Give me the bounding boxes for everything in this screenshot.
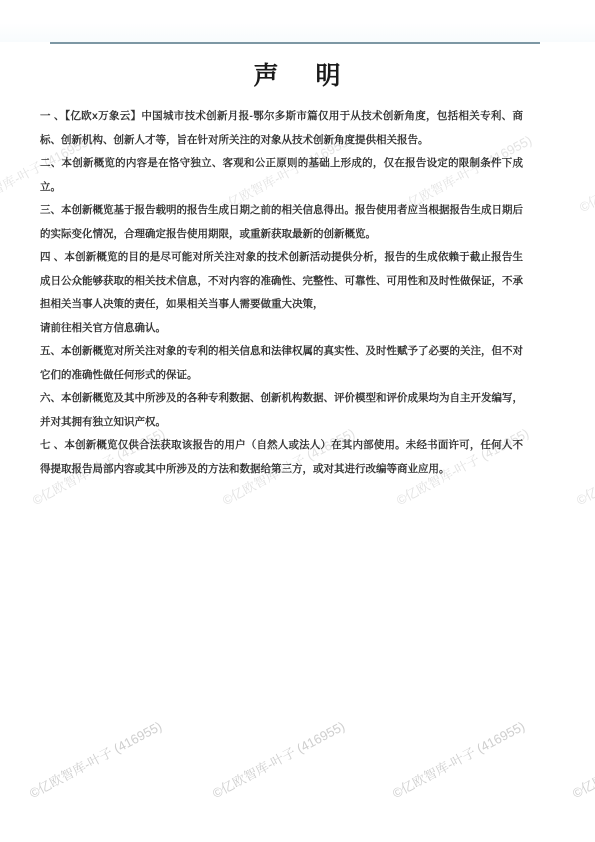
watermark-text: ©亿欧智库-叶子 (416955) bbox=[26, 716, 165, 802]
header-rule bbox=[50, 42, 540, 44]
statement-paragraph-6: 五、本创新概览对所关注对象的专利的相关信息和法律权属的真实性、及时性赋予了必要的… bbox=[40, 340, 523, 387]
statement-body: 一 、【亿欧x万象云】中国城市技术创新月报-鄂尔多斯市篇仅用于从技术创新角度，包… bbox=[40, 105, 523, 481]
statement-paragraph-4: 四 、本创新概览的目的是尽可能对所关注对象的技术创新活动提供分析，报告的生成依赖… bbox=[40, 246, 523, 317]
page-title: 声 明 bbox=[0, 56, 595, 92]
statement-page: ©亿欧智库-叶子 (416955)©亿欧智库-叶子 (416955)©亿欧智库-… bbox=[0, 0, 595, 842]
watermark-text: ©亿欧智库-叶子 (416955) bbox=[209, 716, 348, 802]
header-band bbox=[0, 0, 595, 42]
statement-paragraph-1: 一 、【亿欧x万象云】中国城市技术创新月报-鄂尔多斯市篇仅用于从技术创新角度，包… bbox=[40, 105, 523, 152]
statement-paragraph-3: 三、本创新概览基于报告载明的报告生成日期之前的相关信息得出。报告使用者应当根据报… bbox=[40, 199, 523, 246]
statement-paragraph-2: 二、本创新概览的内容是在恪守独立、客观和公正原则的基础上形成的，仅在报告设定的限… bbox=[40, 152, 523, 199]
statement-paragraph-8: 七 、本创新概览仅供合法获取该报告的用户（自然人或法人）在其内部使用。未经书面许… bbox=[40, 434, 523, 481]
watermark-text: ©亿欧智库-叶子 (416955) bbox=[569, 716, 595, 802]
watermark-text: ©亿欧智库-叶子 (416955) bbox=[389, 716, 528, 802]
watermark-text: ©亿欧智库-叶子 (416955) bbox=[573, 423, 595, 509]
statement-paragraph-5: 请前往相关官方信息确认。 bbox=[40, 317, 523, 341]
statement-paragraph-7: 六、本创新概览及其中所涉及的各种专利数据、创新机构数据、评价模型和评价成果均为自… bbox=[40, 387, 523, 434]
watermark-text: ©亿欧智库-叶子 (416955) bbox=[576, 130, 595, 216]
